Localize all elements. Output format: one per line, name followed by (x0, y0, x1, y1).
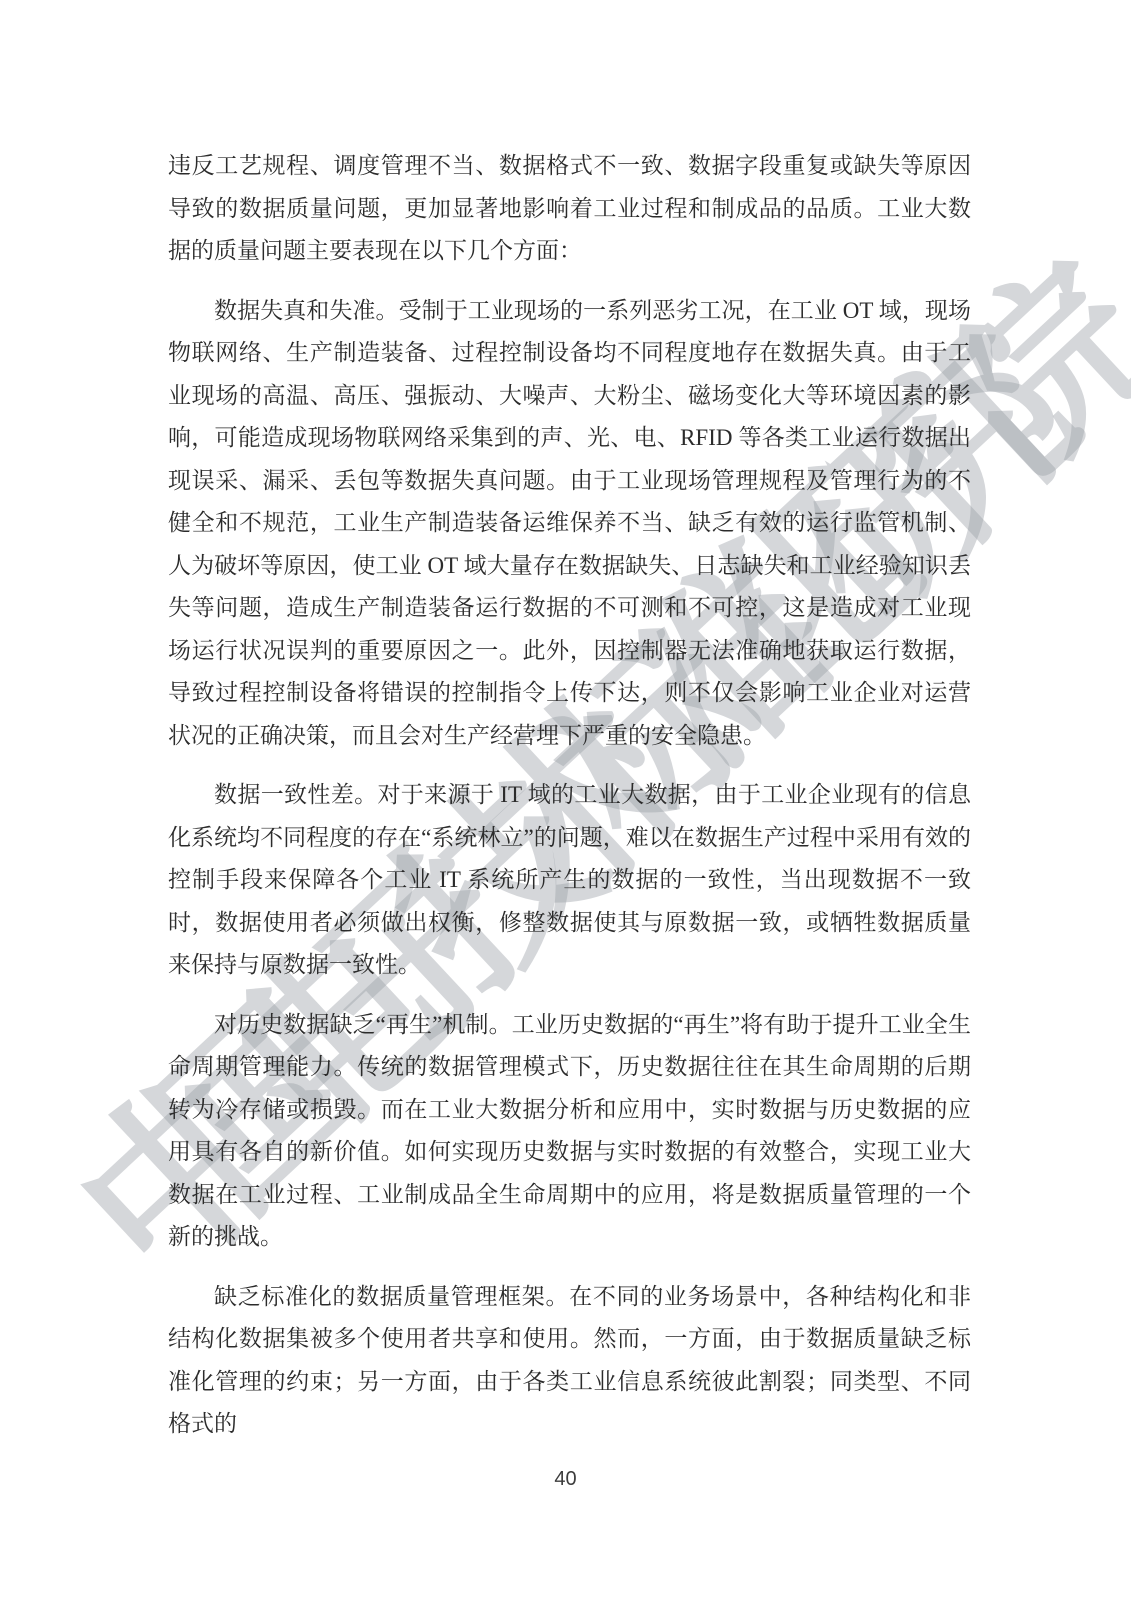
paragraph-standardized-framework: 缺乏标准化的数据质量管理框架。在不同的业务场景中，各种结构化和非结构化数据集被多… (168, 1276, 971, 1446)
page-body-text: 违反工艺规程、调度管理不当、数据格式不一致、数据字段重复或缺失等原因导致的数据质… (0, 0, 1131, 1446)
paragraph-history-data-regeneration: 对历史数据缺乏“再生”机制。工业历史数据的“再生”将有助于提升工业全生命周期管理… (168, 1004, 971, 1259)
paragraph-continuation: 违反工艺规程、调度管理不当、数据格式不一致、数据字段重复或缺失等原因导致的数据质… (168, 145, 971, 273)
paragraph-data-distortion: 数据失真和失准。受制于工业现场的一系列恶劣工况，在工业 OT 域，现场物联网络、… (168, 290, 971, 758)
paragraph-data-consistency: 数据一致性差。对于来源于 IT 域的工业大数据，由于工业企业现有的信息化系统均不… (168, 774, 971, 987)
page-number: 40 (0, 1468, 1131, 1491)
document-page: 中国电子技术标准化研究院 违反工艺规程、调度管理不当、数据格式不一致、数据字段重… (0, 0, 1131, 1600)
